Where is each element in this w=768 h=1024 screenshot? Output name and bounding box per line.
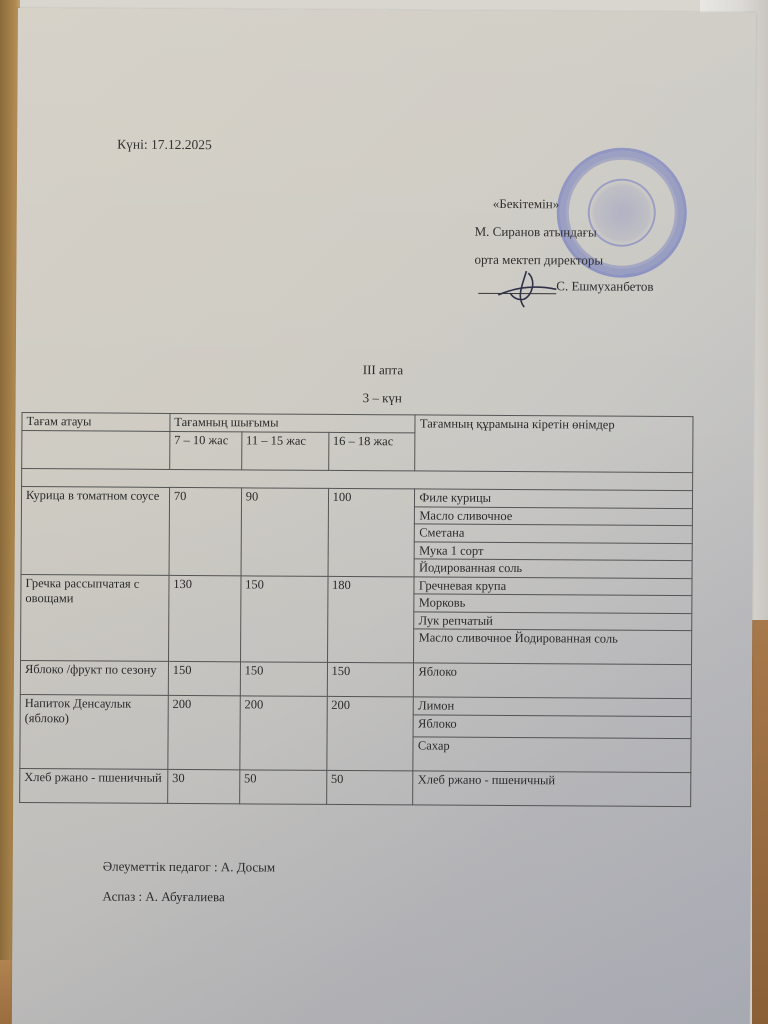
approval-signatory: С. Ешмуханбетов bbox=[556, 278, 653, 295]
ingredient: Масло сливочное bbox=[415, 506, 693, 525]
ingredient: Яблоко bbox=[413, 714, 691, 738]
yield-7-10: 200 bbox=[168, 695, 240, 769]
header-yield: Тағамның шығымы bbox=[170, 413, 416, 433]
approval-title: «Бекітемін» bbox=[493, 196, 560, 212]
header-empty-cell bbox=[22, 431, 170, 470]
header-dish-name: Тағам атауы bbox=[22, 413, 170, 432]
yield-7-10: 70 bbox=[169, 487, 241, 575]
stamp-emblem-icon bbox=[588, 178, 656, 246]
table-row: Курица в томатном соусе 70 90 100 Филе к… bbox=[21, 487, 692, 509]
ingredient: Лимон bbox=[414, 697, 692, 716]
cook-signature: Аспаз : А. Абуғалиева bbox=[103, 889, 225, 906]
yield-16-18: 150 bbox=[327, 662, 414, 697]
table-row: Хлеб ржано - пшеничный 30 50 50 Хлеб ржа… bbox=[20, 768, 691, 806]
dish-name: Напиток Денсаулык (яблоко) bbox=[20, 695, 168, 769]
ingredient: Гречневая крупа bbox=[414, 576, 692, 595]
menu-document-page: Күні: 17.12.2025 «Бекітемін» М. Сиранов … bbox=[12, 8, 756, 1024]
yield-7-10: 150 bbox=[168, 661, 240, 695]
yield-16-18: 200 bbox=[326, 696, 413, 770]
ingredient: Хлеб ржано - пшеничный bbox=[413, 770, 691, 806]
ingredient: Филе курицы bbox=[415, 489, 693, 508]
header-age-16-18: 16 – 18 жас bbox=[328, 432, 415, 471]
table-row: Гречка рассыпчатая с овощами 130 150 180… bbox=[21, 574, 692, 596]
dish-name: Курица в томатном соусе bbox=[21, 487, 169, 575]
week-label: III апта bbox=[363, 362, 404, 378]
ingredient: Сметана bbox=[415, 524, 693, 543]
yield-7-10: 130 bbox=[168, 575, 240, 662]
wood-surface bbox=[752, 620, 768, 1024]
ingredient: Масло сливочное Йодированная соль bbox=[414, 629, 692, 665]
dish-name: Яблоко /фрукт по сезону bbox=[20, 661, 168, 696]
social-pedagogue-signature: Әлеуметтік педагог : А. Досым bbox=[103, 859, 275, 876]
yield-7-10: 30 bbox=[167, 769, 239, 803]
header-age-11-15: 11 – 15 жас bbox=[241, 432, 328, 471]
document-date: Күні: 17.12.2025 bbox=[117, 137, 212, 154]
ingredient: Яблоко bbox=[414, 663, 692, 699]
ingredient: Сахар bbox=[413, 736, 691, 772]
dish-name: Хлеб ржано - пшеничный bbox=[20, 768, 168, 803]
table-row: Напиток Денсаулык (яблоко) 200 200 200 Л… bbox=[20, 695, 691, 717]
menu-table: Тағам атауы Тағамның шығымы Тағамның құр… bbox=[19, 412, 693, 807]
yield-11-15: 200 bbox=[240, 696, 327, 770]
yield-11-15: 150 bbox=[240, 662, 327, 697]
ingredient: Йодированная соль bbox=[414, 559, 692, 578]
day-label: 3 – күн bbox=[363, 390, 402, 406]
dish-name: Гречка рассыпчатая с овощами bbox=[21, 574, 169, 661]
yield-11-15: 50 bbox=[239, 769, 326, 804]
ingredient: Мука 1 сорт bbox=[415, 541, 693, 560]
yield-16-18: 50 bbox=[326, 770, 413, 805]
table-row: Яблоко /фрукт по сезону 150 150 150 Ябло… bbox=[20, 661, 691, 699]
yield-11-15: 150 bbox=[240, 575, 327, 662]
yield-16-18: 100 bbox=[328, 488, 415, 576]
ingredient: Морковь bbox=[414, 594, 692, 613]
yield-16-18: 180 bbox=[327, 576, 414, 663]
ingredient: Лук репчатый bbox=[414, 611, 692, 630]
header-ingredients: Тағамның құрамына кіретін өнімдер bbox=[415, 415, 693, 473]
header-age-7-10: 7 – 10 жас bbox=[170, 431, 242, 469]
yield-11-15: 90 bbox=[241, 488, 328, 576]
approval-school: М. Сиранов атындағы bbox=[475, 224, 597, 241]
